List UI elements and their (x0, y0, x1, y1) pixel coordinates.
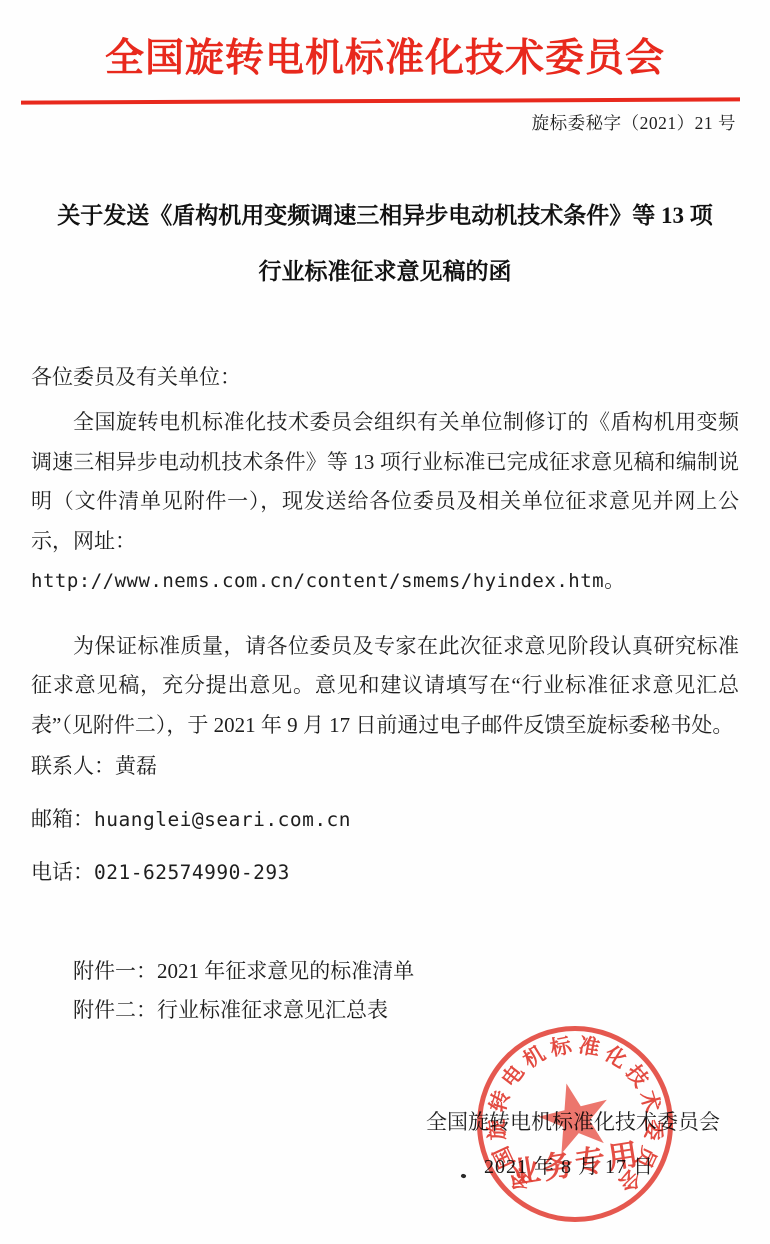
signature-date: 2021 年 8 月 17 日 (426, 1150, 712, 1179)
contact-name: 黄磊 (115, 754, 157, 778)
email-label: 邮箱： (31, 807, 94, 831)
url-suffix: 。 (604, 568, 626, 592)
stamp-ring-char: 电 (499, 1062, 528, 1091)
stamp-ring-char: 标 (549, 1035, 573, 1059)
signature-org-name: 全国旋转电机标准化技术委员会 (426, 1106, 712, 1136)
document-title: 关于发送《盾构机用变频调速三相异步电动机技术条件》等 13 项 行业标准征求意见… (20, 188, 750, 300)
paragraph-1: 全国旋转电机标准化技术委员会组织有关单位制修订的《盾构机用变频调速三相异步电动机… (31, 403, 739, 561)
contact-person-line: 联系人：黄磊 (31, 751, 739, 781)
salutation: 各位委员及有关单位： (31, 363, 739, 391)
contact-label: 联系人： (31, 754, 115, 778)
signature-block: 全国旋转电机标准化技术委员会 2021 年 8 月 17 日 (426, 1106, 712, 1179)
paragraph-2: 为保证标准质量，请各位委员及专家在此次征求意见阶段认真研究标准征求意见稿，充分提… (31, 627, 739, 746)
document-body: 各位委员及有关单位： 全国旋转电机标准化技术委员会组织有关单位制修订的《盾构机用… (31, 363, 739, 1030)
letterhead-org-name: 全国旋转电机标准化技术委员会 (0, 27, 770, 83)
attachments-list: 附件一：2021 年征求意见的标准清单 附件二：行业标准征求意见汇总表 (31, 952, 739, 1030)
contact-phone-line: 电话：021-62574990-293 (31, 857, 739, 888)
stamp-ring-char: 技 (622, 1062, 651, 1091)
stamp-ring-char: 化 (601, 1043, 630, 1072)
phone-value: 021-62574990-293 (94, 861, 290, 884)
attachment-item-2: 附件二：行业标准征求意见汇总表 (31, 991, 739, 1030)
document-title-line1: 关于发送《盾构机用变频调速三相异步电动机技术条件》等 13 项 (20, 188, 750, 244)
email-value: huanglei@seari.com.cn (94, 808, 351, 831)
document-title-line2: 行业标准征求意见稿的函 (20, 244, 750, 300)
stamp-ring-char: 机 (520, 1043, 549, 1072)
url-line: http://www.nems.com.cn/content/smems/hyi… (31, 561, 739, 602)
contact-email-line: 邮箱：huanglei@seari.com.cn (31, 804, 739, 835)
document-page: 全国旋转电机标准化技术委员会 旋标委秘字（2021）21 号 关于发送《盾构机用… (0, 0, 770, 1244)
stamp-ring-char: 准 (577, 1035, 601, 1059)
document-number: 旋标委秘字（2021）21 号 (532, 110, 736, 135)
url-text: http://www.nems.com.cn/content/smems/hyi… (31, 570, 604, 592)
letterhead-divider (21, 97, 740, 104)
attachment-item-1: 附件一：2021 年征求意见的标准清单 (31, 952, 739, 991)
phone-label: 电话： (31, 860, 94, 884)
